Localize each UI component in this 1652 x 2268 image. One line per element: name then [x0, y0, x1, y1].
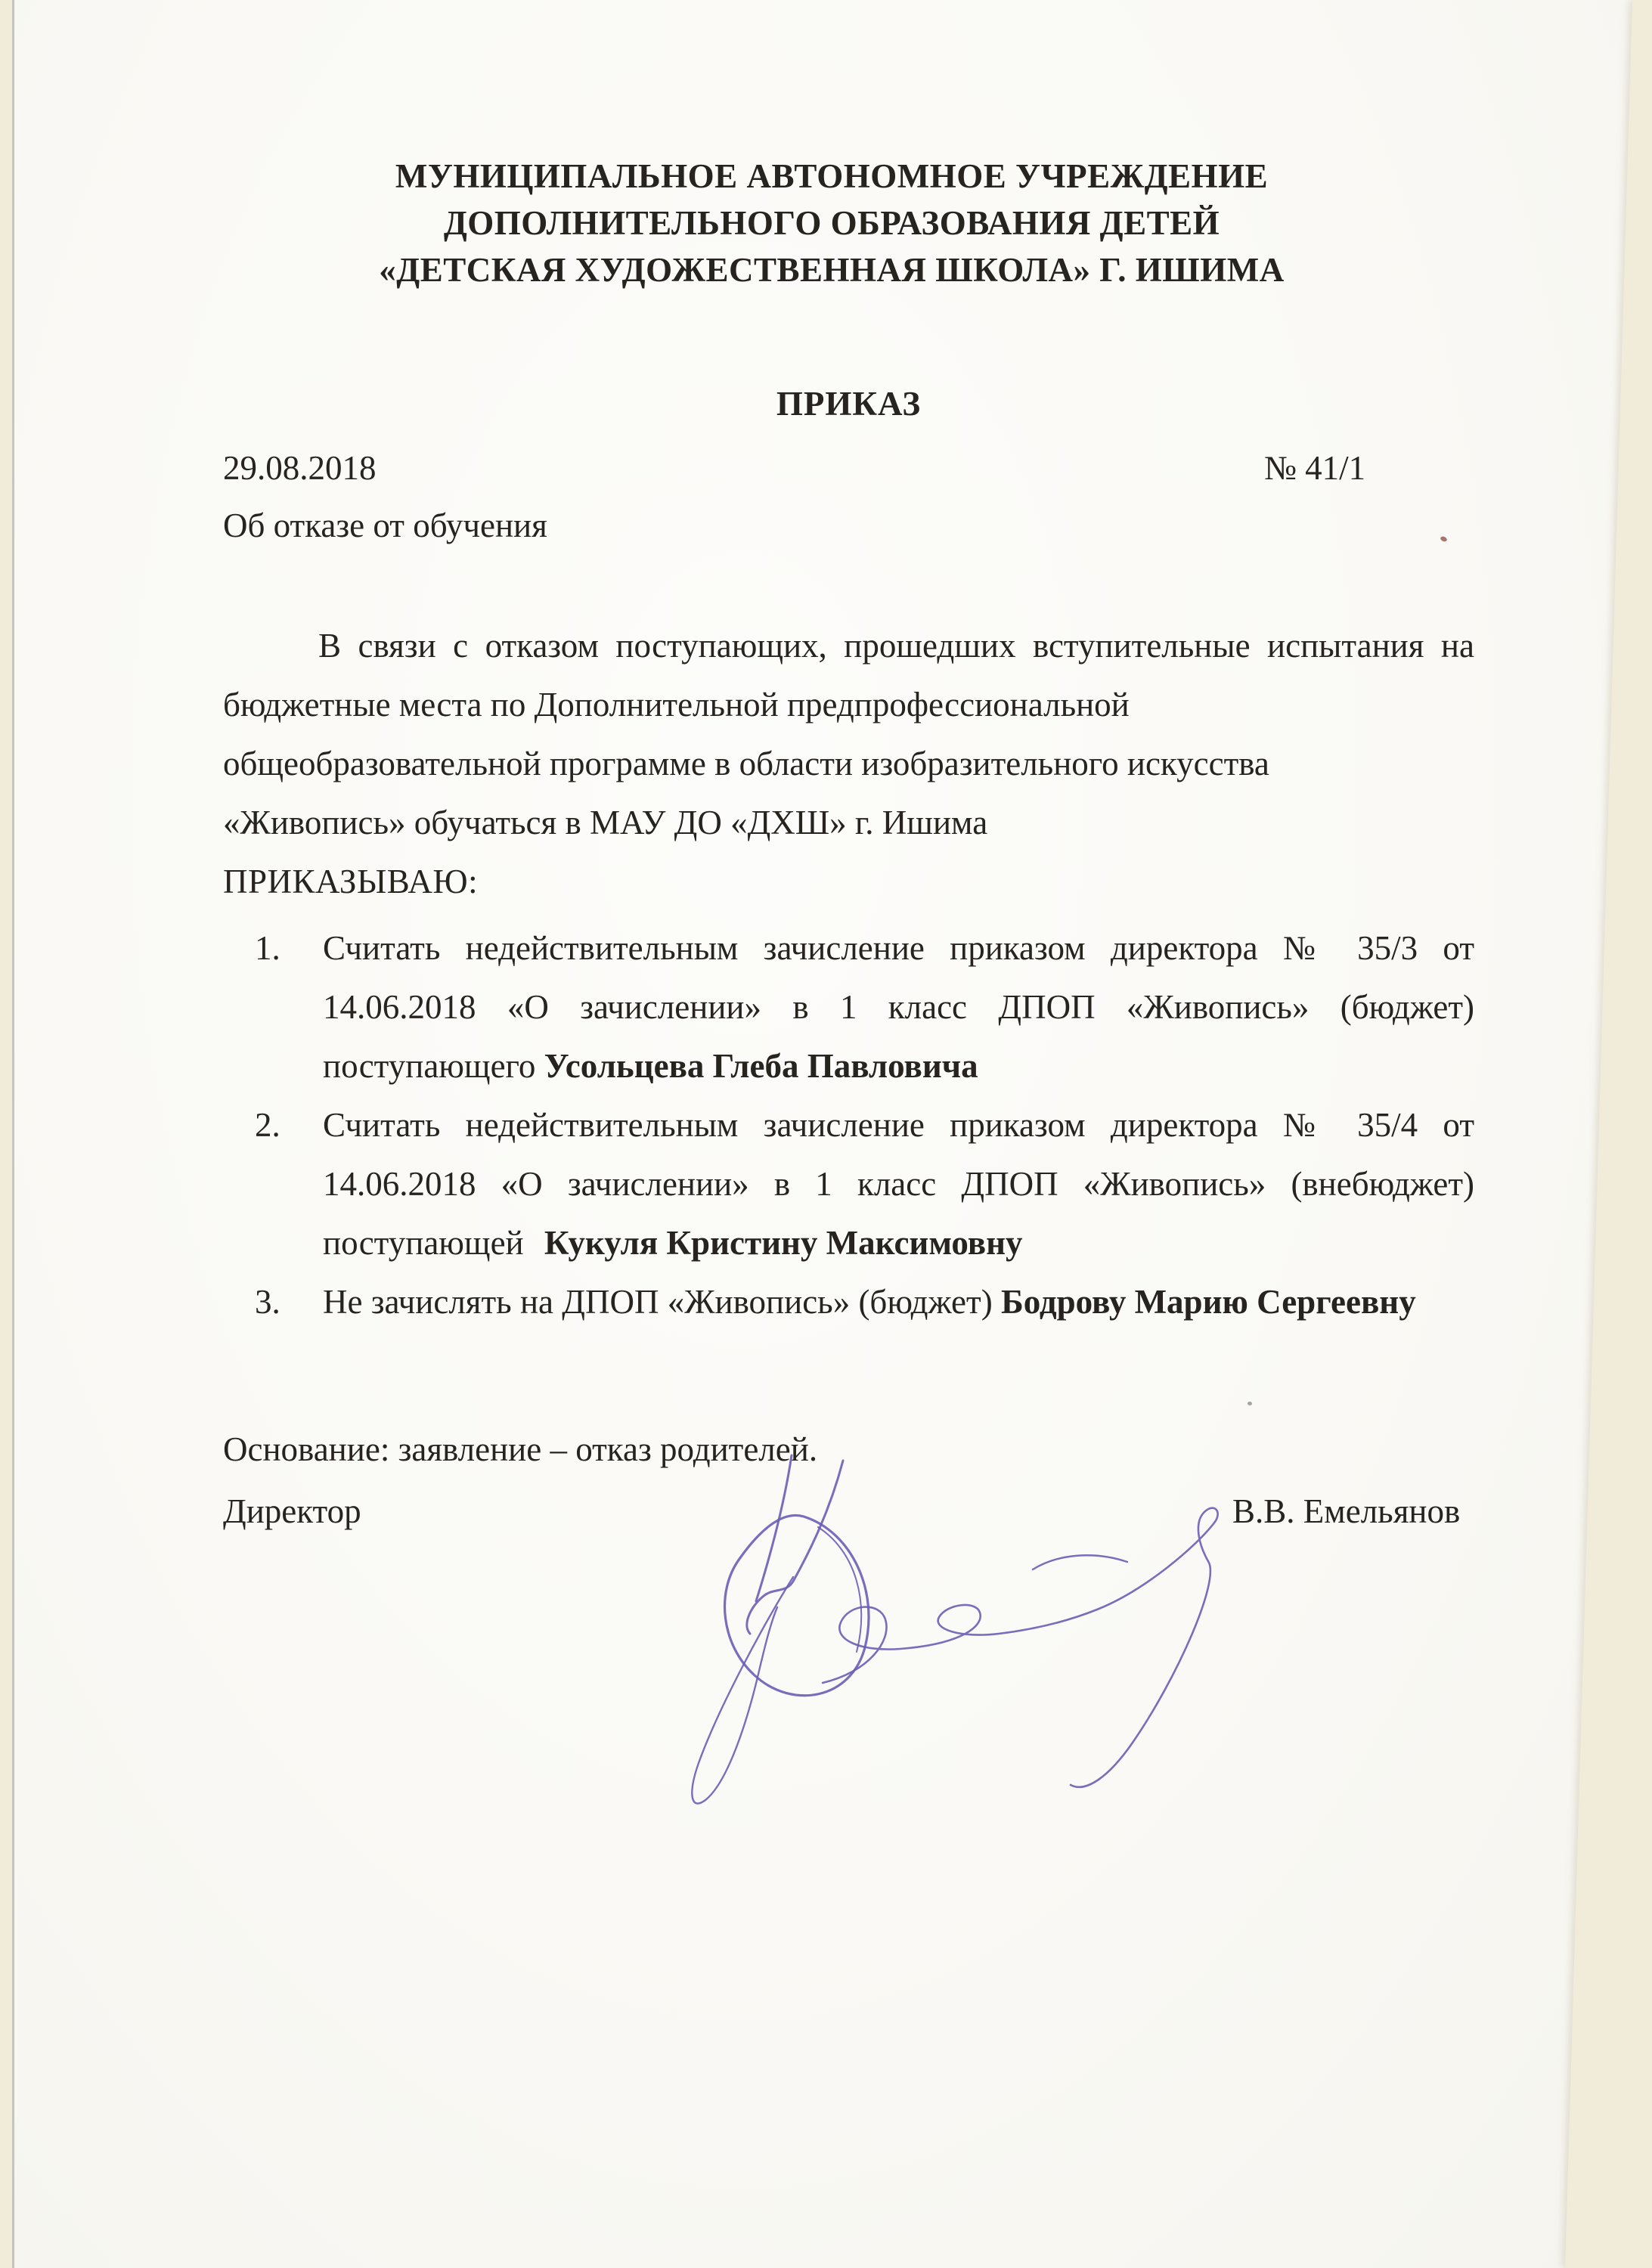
doc-subject: Об отказе от обучения — [223, 496, 547, 555]
intro-line-3: общеобразовательной программе в области … — [223, 734, 1474, 793]
applicant-name-3: Бодрову Марию Сергеевну — [1001, 1283, 1416, 1321]
doc-number: № 41/1 — [1264, 438, 1365, 497]
paper-speck — [1440, 535, 1448, 542]
scan-left-edge-line — [12, 0, 14, 2268]
applicant-name-1: Усольцева Глеба Павловича — [544, 1047, 978, 1085]
scan-right-edge — [1565, 0, 1652, 2268]
signer-name: В.В. Емельянов — [1232, 1482, 1460, 1541]
list-item-1-number: 1. — [255, 919, 320, 978]
scan-left-edge — [0, 0, 12, 2268]
paper-speck — [1248, 1402, 1252, 1405]
list-item-2-line-1: Считать недействительным зачисление прик… — [323, 1095, 1474, 1154]
list-item-2-prefix: поступающей — [323, 1224, 532, 1262]
intro-line-1: В связи с отказом поступающих, прошедших… — [223, 616, 1474, 675]
list-item-3-prefix: Не зачислять на ДПОП «Живопись» (бюджет) — [323, 1283, 1001, 1321]
doc-date: 29.08.2018 — [223, 438, 377, 497]
list-item-2-number: 2. — [255, 1095, 320, 1154]
list-item-2-line-3: поступающей Кукуля Кристину Максимовну — [323, 1213, 1474, 1272]
signer-position: Директор — [223, 1482, 361, 1541]
list-item-1-line-3: поступающего Усольцева Глеба Павловича — [323, 1036, 1474, 1095]
applicant-name-2: Кукуля Кристину Максимовну — [544, 1224, 1023, 1262]
list-item-1-line-1: Считать недействительным зачисление прик… — [323, 919, 1474, 978]
list-item-2-line-2: 14.06.2018 «О зачислении» в 1 класс ДПОП… — [323, 1154, 1474, 1213]
org-name-line2: ДОПОЛНИТЕЛЬНОГО ОБРАЗОВАНИЯ ДЕТЕЙ — [185, 200, 1478, 246]
list-item-1-prefix: поступающего — [323, 1047, 544, 1085]
org-name-line1: МУНИЦИПАЛЬНОЕ АВТОНОМНОЕ УЧРЕЖДЕНИЕ — [185, 153, 1478, 200]
list-item-3-number: 3. — [255, 1272, 320, 1331]
list-item-3-line: Не зачислять на ДПОП «Живопись» (бюджет)… — [323, 1272, 1474, 1331]
intro-line-4: «Живопись» обучаться в МАУ ДО «ДХШ» г. И… — [223, 793, 1474, 852]
doc-title: ПРИКАЗ — [223, 374, 1474, 433]
handwritten-signature-icon — [643, 1421, 1263, 1845]
org-name-line3: «ДЕТСКАЯ ХУДОЖЕСТВЕННАЯ ШКОЛА» Г. ИШИМА — [185, 246, 1478, 293]
intro-line-2: бюджетные места по Дополнительной предпр… — [223, 675, 1474, 734]
scanned-order-document: МУНИЦИПАЛЬНОЕ АВТОНОМНОЕ УЧРЕЖДЕНИЕ ДОПО… — [0, 0, 1652, 2268]
decree-word: ПРИКАЗЫВАЮ: — [223, 852, 478, 911]
list-item-1-line-2: 14.06.2018 «О зачислении» в 1 класс ДПОП… — [323, 978, 1474, 1036]
